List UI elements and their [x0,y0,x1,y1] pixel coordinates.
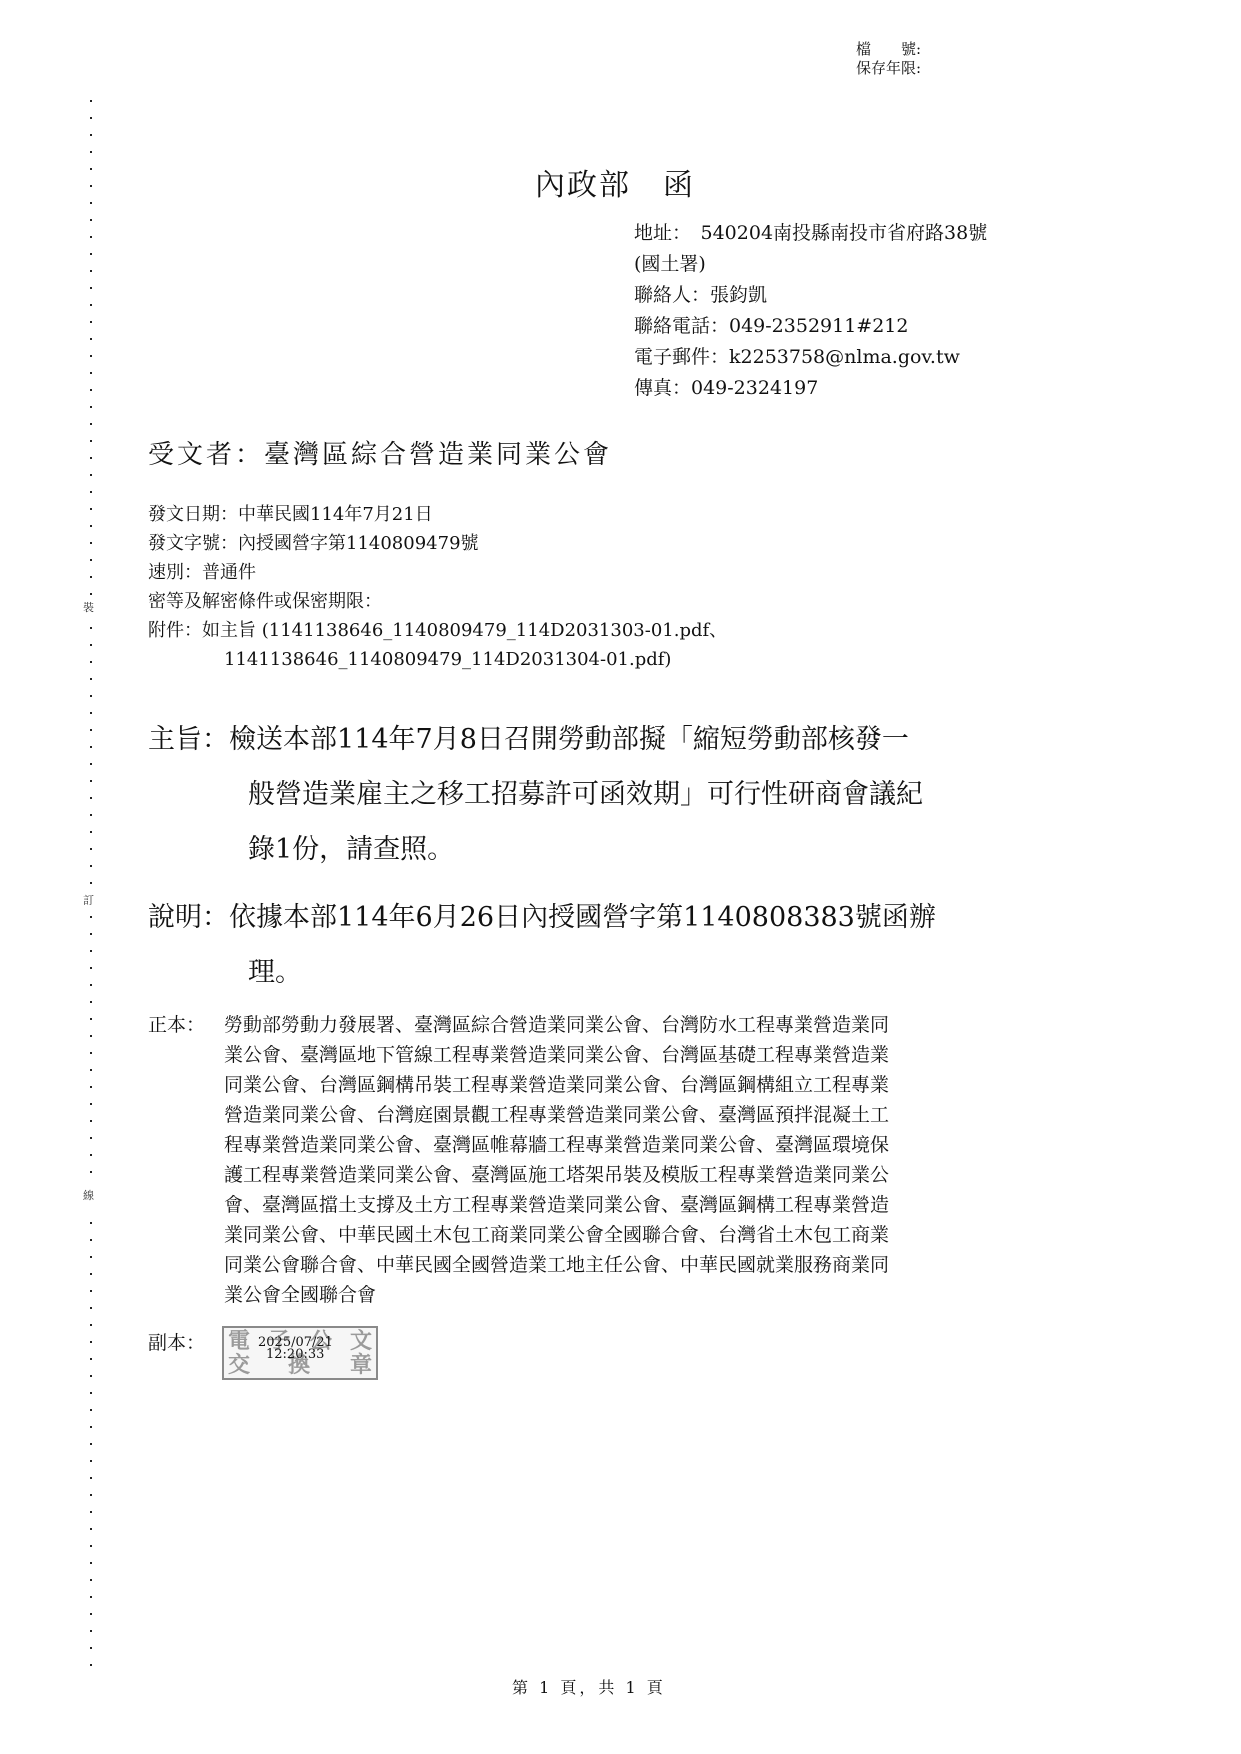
subject-line-1: 主旨：檢送本部114年7月8日召開勞動部擬「縮短勞動部核發一 [148,712,923,767]
margin-dot [90,219,92,221]
margin-dot [90,1375,92,1377]
margin-dot [90,406,92,408]
stamp-char: 交 [228,1354,250,1376]
margin-dot [90,1137,92,1139]
margin-dot [90,1392,92,1394]
margin-dot [90,1409,92,1411]
recipients-line: 程專業營造業同業公會、臺灣區帷幕牆工程專業營造業同業公會、臺灣區環境保 [224,1130,1104,1160]
margin-dot [90,933,92,935]
margin-dot [90,950,92,952]
margin-dot [90,338,92,340]
contact-phone: 聯絡電話：049-2352911#212 [634,311,987,342]
file-number-label: 檔 號: [856,40,921,59]
margin-dot [90,678,92,680]
margin-dot [90,355,92,357]
margin-dot [90,1018,92,1020]
margin-dot [90,457,92,459]
margin-dot [90,1035,92,1037]
retention-period-label: 保存年限: [856,59,921,78]
margin-dot [90,372,92,374]
margin-dot [90,185,92,187]
contact-email: 電子郵件：k2253758@nlma.gov.tw [634,342,987,373]
margin-dot [90,1239,92,1241]
recipients-line: 護工程專業營造業同業公會、臺灣區施工塔架吊裝及模版工程專業營造業同業公 [224,1160,1104,1190]
electronic-exchange-stamp: 電 子 公 文 交 換 章 2025/07/21 12:20:33 [222,1326,378,1380]
margin-dot [90,440,92,442]
attachment-line-2: 1141138646_1140809479_114D2031304-01.pdf… [148,645,727,674]
margin-dot [90,1528,92,1530]
margin-dot [90,270,92,272]
margin-dot [90,780,92,782]
margin-dot [90,1494,92,1496]
margin-dot [90,916,92,918]
margin-dot [90,1647,92,1649]
margin-dot [90,831,92,833]
address-org: (國土署) [634,249,987,280]
margin-dot [90,1103,92,1105]
file-meta: 檔 號: 保存年限: [856,40,921,78]
binding-margin-line: 裝 訂 線 [88,100,94,1680]
margin-dot [90,1222,92,1224]
margin-dot [90,1273,92,1275]
subject-block: 主旨：檢送本部114年7月8日召開勞動部擬「縮短勞動部核發一 般營造業雇主之移工… [148,712,923,877]
original-recipients-list: 勞動部勞動力發展署、臺灣區綜合營造業同業公會、台灣防水工程專業營造業同 業公會、… [224,1010,1104,1310]
document-number: 發文字號：內授國營字第1140809479號 [148,529,727,558]
margin-dot [90,1086,92,1088]
margin-line-char: 線 [83,1190,94,1202]
subject-line-2: 般營造業雇主之移工招募許可函效期」可行性研商會議紀 [148,767,923,822]
margin-dot [90,1324,92,1326]
margin-dot [90,1358,92,1360]
subject-line-3: 錄1份，請查照。 [148,822,923,877]
margin-dot [90,1630,92,1632]
margin-dot [90,1052,92,1054]
document-title: 內政部 函 [535,160,695,204]
margin-dot [90,1341,92,1343]
margin-dot [90,1154,92,1156]
margin-dot [90,1562,92,1564]
margin-dot [90,1460,92,1462]
margin-dot [90,1290,92,1292]
margin-bind-char: 裝 [83,602,94,614]
margin-dot [90,967,92,969]
margin-dot [90,882,92,884]
margin-dot [90,1613,92,1615]
margin-dot [90,746,92,748]
margin-dot [90,712,92,714]
margin-dot [90,1511,92,1513]
margin-dot [90,865,92,867]
margin-dot [90,1069,92,1071]
stamp-time: 12:20:33 [266,1348,324,1361]
margin-dot [90,1443,92,1445]
attachment-line-1: 附件：如主旨 (1141138646_1140809479_114D203130… [148,616,727,645]
stamp-char: 文 [350,1330,372,1352]
margin-dot [90,984,92,986]
margin-dot [90,508,92,510]
margin-dot [90,236,92,238]
contact-block: 地址： 540204南投縣南投市省府路38號 (國土署) 聯絡人：張鈞凱 聯絡電… [634,218,987,404]
recipients-line: 業同業公會、中華民國土木包工商業同業公會全國聯合會、台灣省土木包工商業 [224,1220,1104,1250]
copy-recipients-label: 副本： [148,1328,205,1355]
speed-class: 速別：普通件 [148,558,727,587]
margin-dot [90,491,92,493]
margin-dot [90,814,92,816]
margin-dot [90,423,92,425]
margin-dot [90,1545,92,1547]
margin-dot [90,763,92,765]
margin-dot [90,321,92,323]
margin-dot [90,593,92,595]
margin-dot [90,168,92,170]
margin-dot [90,542,92,544]
explanation-line-2: 理。 [148,945,936,1000]
margin-dot [90,1171,92,1173]
margin-dot [90,559,92,561]
margin-dot [90,134,92,136]
margin-dot [90,1426,92,1428]
margin-dot [90,1256,92,1258]
recipients-line: 同業公會聯合會、中華民國全國營造業工地主任公會、中華民國就業服務商業同 [224,1250,1104,1280]
margin-dot [90,695,92,697]
recipients-line: 同業公會、台灣區鋼構吊裝工程專業營造業同業公會、台灣區鋼構組立工程專業 [224,1070,1104,1100]
recipients-line: 勞動部勞動力發展署、臺灣區綜合營造業同業公會、台灣防水工程專業營造業同 [224,1010,1104,1040]
contact-person: 聯絡人：張鈞凱 [634,280,987,311]
margin-dot [90,661,92,663]
recipients-line: 會、臺灣區擋土支撐及土方工程專業營造業同業公會、臺灣區鋼構工程專業營造 [224,1190,1104,1220]
secrecy-level: 密等及解密條件或保密期限： [148,587,727,616]
contact-fax: 傳真：049-2324197 [634,373,987,404]
margin-dot [90,253,92,255]
explanation-block: 說明：依據本部114年6月26日內授國營字第1140808383號函辦 理。 [148,890,936,1000]
margin-dot [90,1120,92,1122]
margin-dot [90,848,92,850]
recipient: 受文者：臺灣區綜合營造業同業公會 [148,434,612,471]
margin-dot [90,151,92,153]
margin-dot [90,1001,92,1003]
margin-dot [90,576,92,578]
margin-staple-char: 訂 [83,895,94,907]
page-footer: 第 1 頁，共 1 頁 [512,1675,666,1698]
document-meta: 發文日期：中華民國114年7月21日 發文字號：內授國營字第1140809479… [148,500,727,674]
margin-dot [90,304,92,306]
recipients-line: 業公會、臺灣區地下管線工程專業營造業同業公會、台灣區基礎工程專業營造業 [224,1040,1104,1070]
stamp-char: 章 [350,1354,372,1376]
margin-dot [90,117,92,119]
margin-dot [90,1579,92,1581]
margin-dot [90,729,92,731]
recipients-line: 營造業同業公會、台灣庭園景觀工程專業營造業同業公會、臺灣區預拌混凝土工 [224,1100,1104,1130]
recipients-line: 業公會全國聯合會 [224,1280,1104,1310]
margin-dot [90,627,92,629]
margin-dot [90,202,92,204]
margin-dot [90,1477,92,1479]
margin-dot [90,644,92,646]
issue-date: 發文日期：中華民國114年7月21日 [148,500,727,529]
margin-dot [90,287,92,289]
margin-dot [90,389,92,391]
margin-dot [90,1596,92,1598]
margin-dot [90,525,92,527]
margin-dot [90,100,92,102]
address: 地址： 540204南投縣南投市省府路38號 [634,218,987,249]
original-recipients-label: 正本： [148,1010,205,1040]
margin-dot [90,797,92,799]
margin-dot [90,1307,92,1309]
margin-dot [90,1664,92,1666]
stamp-char: 電 [228,1330,250,1352]
margin-dot [90,474,92,476]
explanation-line-1: 說明：依據本部114年6月26日內授國營字第1140808383號函辦 [148,890,936,945]
